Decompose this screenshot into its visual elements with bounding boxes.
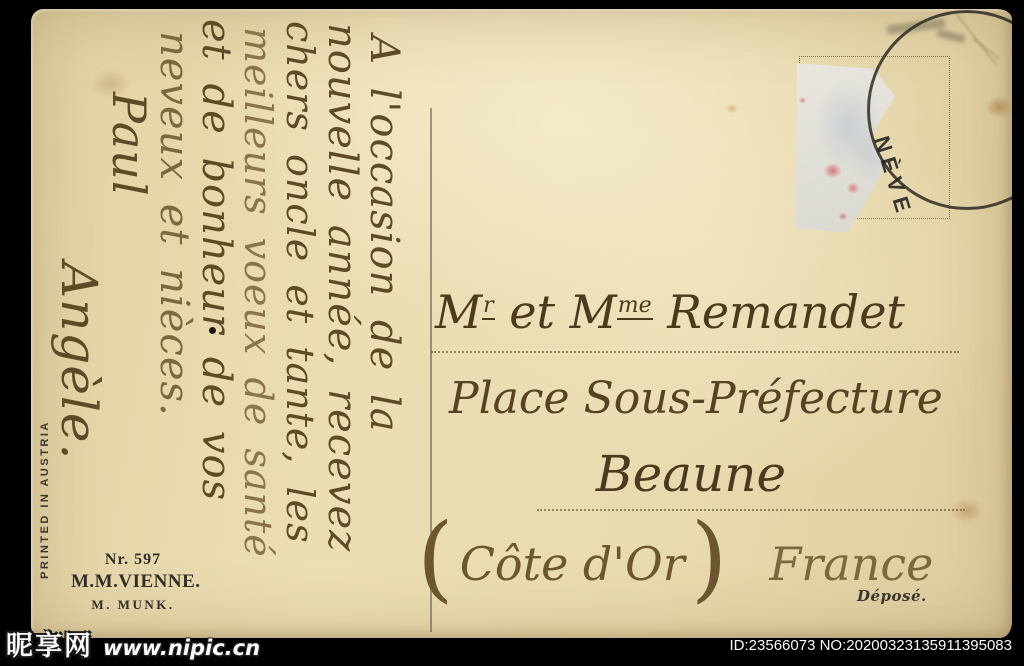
recipient-m2: M [570,285,617,339]
address-city: Beaune [435,445,947,503]
address-recipient: Mr et Mme Remandet [435,285,905,339]
recipient-sup-me: me [617,293,653,320]
message-line: meilleurs voeux de santé [237,17,279,633]
watermark-site-url: www.nipic.cn [103,636,260,660]
message-line: nouvelle année, recevez [321,17,363,633]
publisher-imprint: Nr. 597 M.M.VIENNE. M. MUNK. [71,551,195,613]
publisher-sub-imprint: M. MUNK. [71,597,195,613]
paren-close: ) [691,504,728,613]
signature-paul: Paul [105,17,153,633]
publisher-number: Nr. 597 [71,551,195,569]
address-dotted-line [431,351,959,353]
address-region: Côte d'Or [460,537,685,591]
postcard-back: A l'occasion de la nouvelle année, recev… [31,9,1012,638]
ink-blot [209,327,216,334]
publisher-name: M.M.VIENNE. [71,571,195,593]
recipient-m: M [435,285,482,339]
watermark-id: ID:23566073 NO:20200323135911395083 [730,637,1012,654]
watermark-site: 昵享网 www.nipic.cn [6,624,260,663]
paper-stain [985,96,1012,118]
message-line: neveux et nièces. [153,17,195,633]
address-street: Place Sous-Préfecture [449,373,943,424]
address-region-country: ( Côte d'Or ) France [417,505,933,623]
message-line: chers oncle et tante, les [279,17,321,633]
printed-in-austria-note: PRINTED IN AUSTRIA [39,427,51,579]
paren-open: ( [417,504,454,613]
recipient-et: et [495,285,570,339]
recipient-name: Remandet [653,285,905,339]
paper-stain [950,498,984,524]
paper-stain [91,69,131,99]
address-country: France [769,537,933,591]
recipient-sup-r: r [482,293,495,320]
message-line: et de bonheur de vos [195,17,237,633]
watermark-site-cjk: 昵享网 [6,624,93,663]
message-rotated-text: A l'occasion de la nouvelle année, recev… [53,17,405,633]
message-block: A l'occasion de la nouvelle année, recev… [53,17,405,633]
depose-printed-mark: Déposé. [857,587,927,605]
paper-stain [726,104,738,113]
message-line: A l'occasion de la [363,17,405,633]
signature-angele: Angèle. [53,17,105,633]
